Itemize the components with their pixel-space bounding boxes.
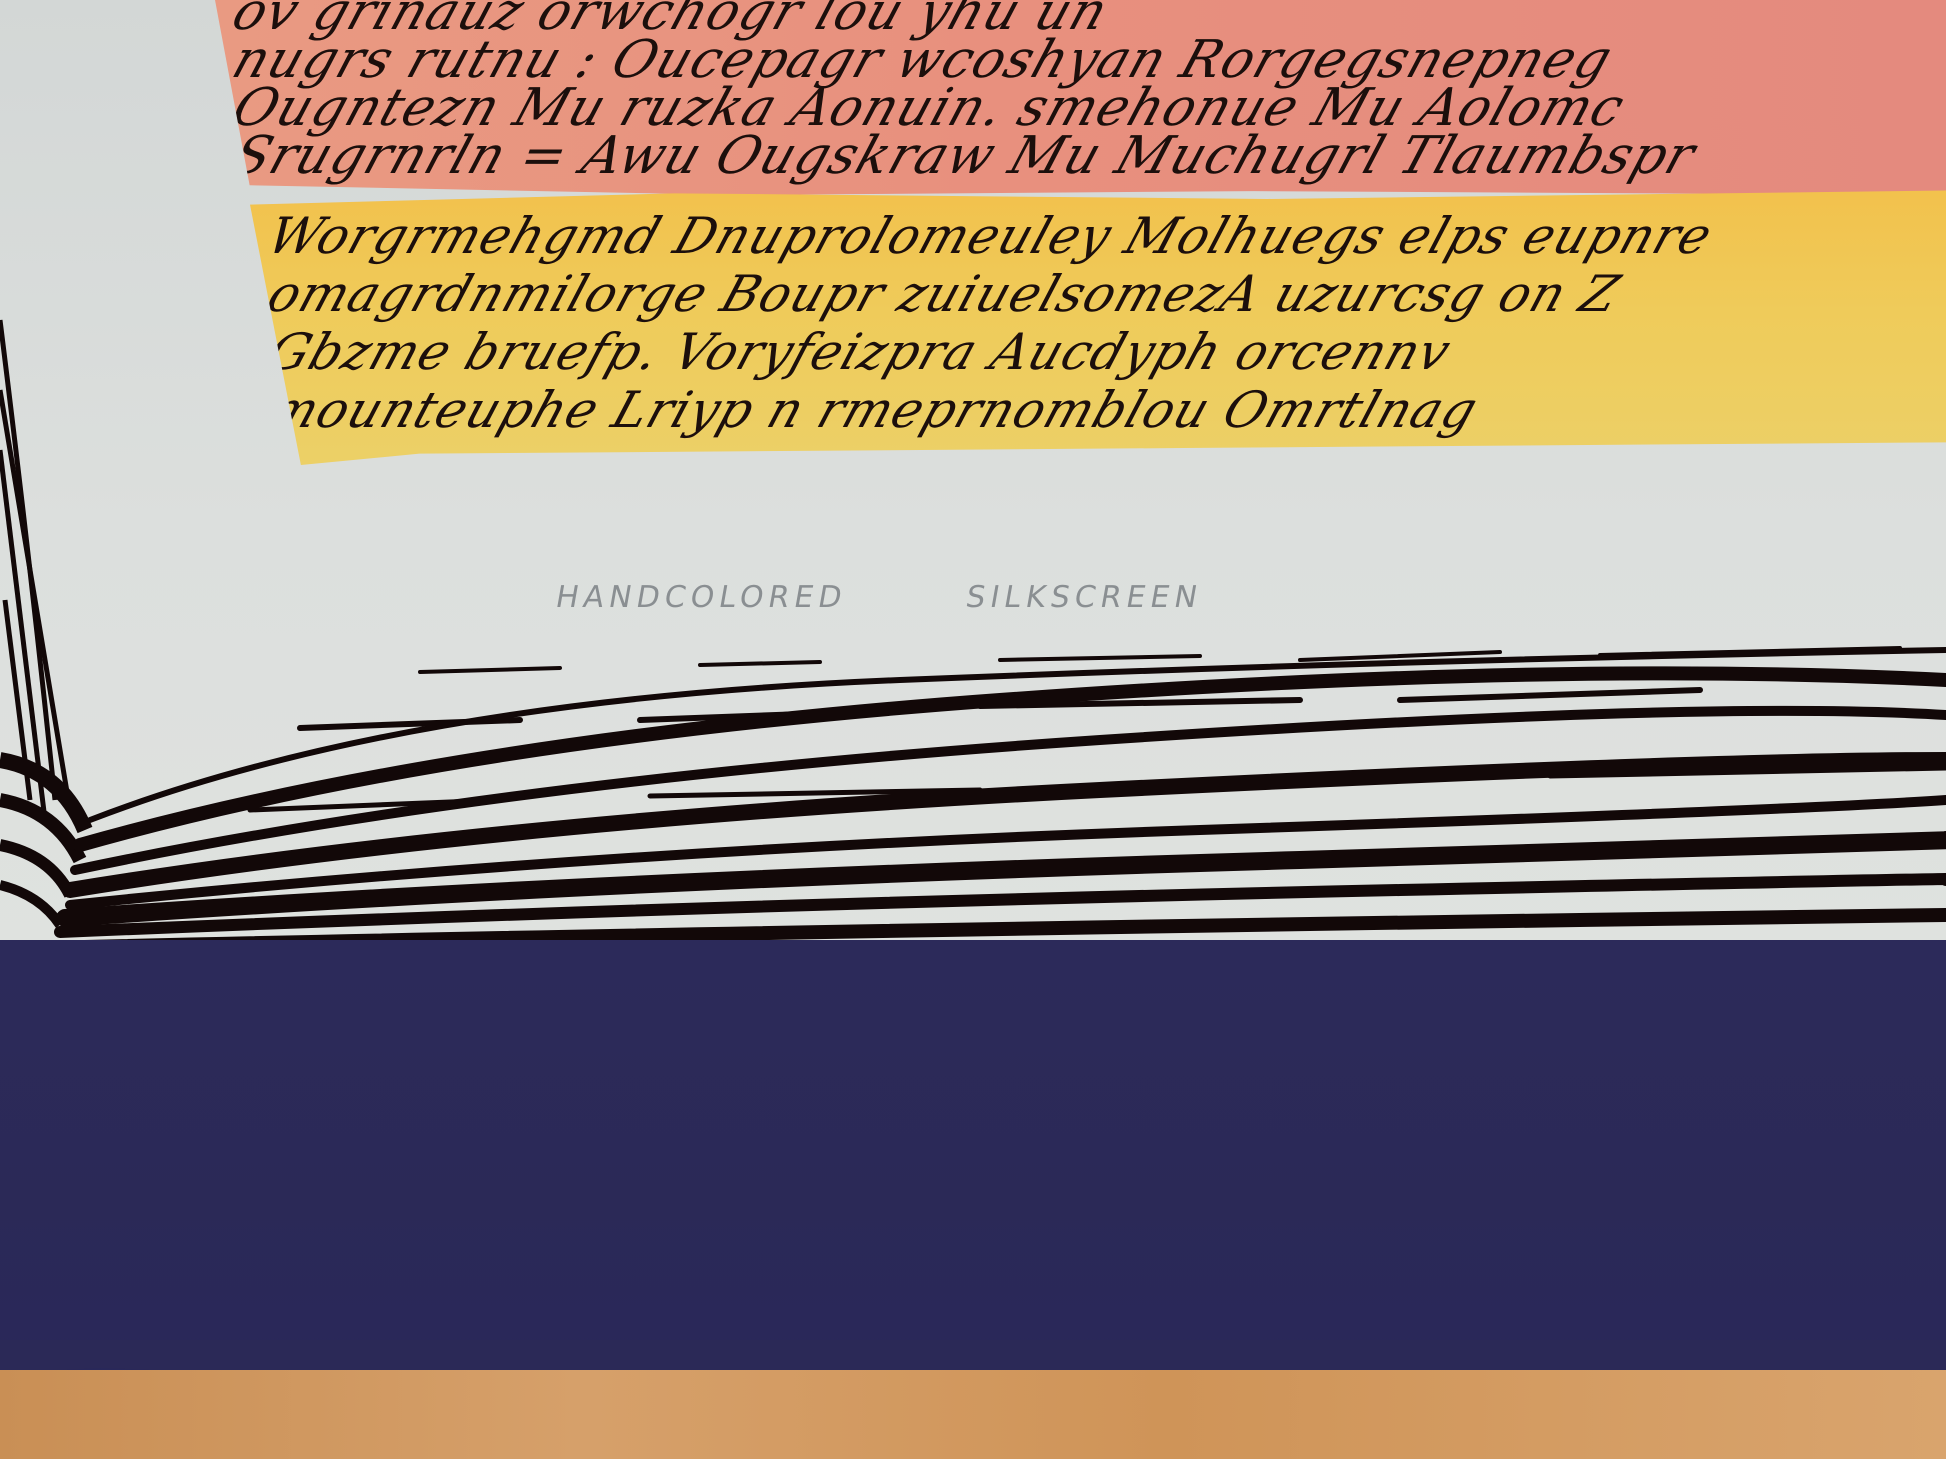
page-stack-hatching-icon: [40, 648, 1946, 948]
left-page-lines-icon: [0, 320, 70, 820]
navy-painted-border: [0, 940, 1946, 1380]
open-book-illustration: [0, 0, 1946, 960]
wooden-table-surface: [0, 1370, 1946, 1459]
